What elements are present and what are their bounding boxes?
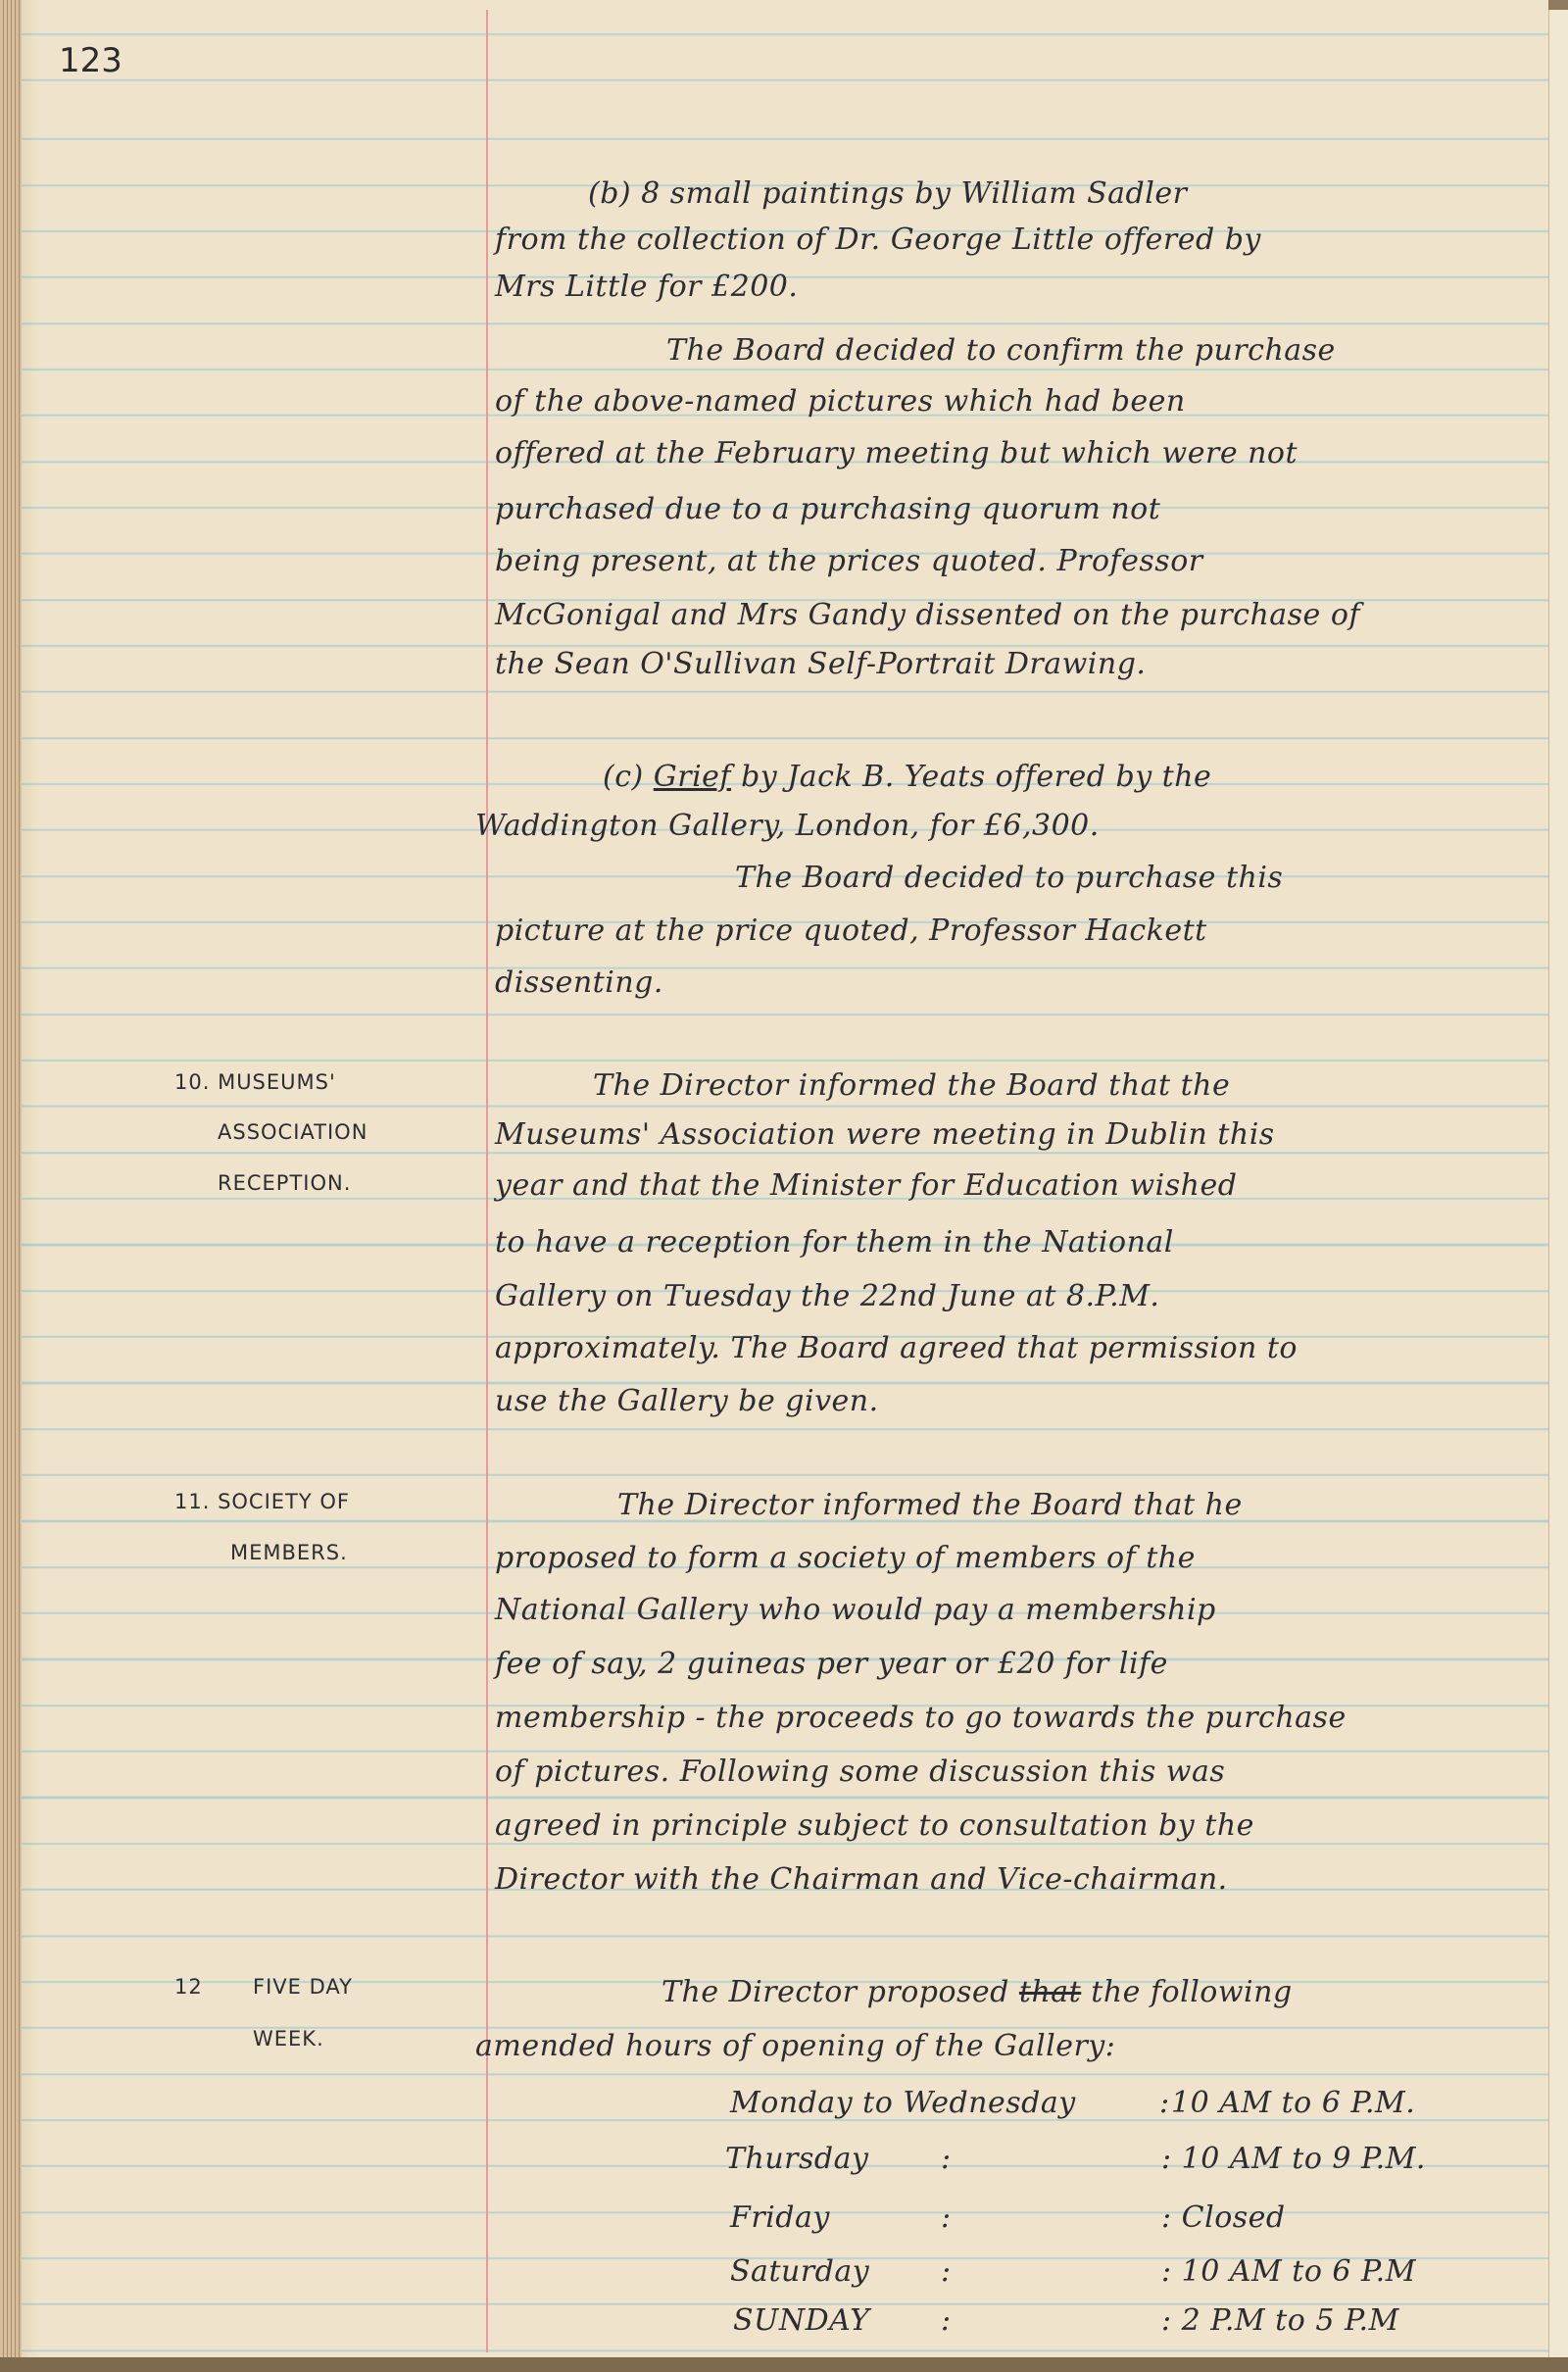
margin-heading: ASSOCIATION	[218, 1120, 367, 1144]
minute-line: picture at the price quoted, Professor H…	[495, 914, 1207, 948]
minute-line: Museums' Association were meeting in Dub…	[495, 1117, 1275, 1152]
schedule-sep: :	[1159, 2086, 1170, 2120]
minute-line: from the collection of Dr. George Little…	[495, 222, 1261, 257]
minute-line: offered at the February meeting but whic…	[495, 436, 1298, 470]
painting-title: Grief	[654, 760, 731, 794]
schedule-sep: :	[941, 2142, 952, 2176]
schedule-day: Friday	[730, 2200, 830, 2235]
schedule-hours: : 10 AM to 9 P.M.	[1161, 2142, 1426, 2176]
margin-heading: MEMBERS.	[230, 1541, 348, 1564]
margin-heading: RECEPTION.	[218, 1171, 351, 1195]
margin-heading: 11. SOCIETY OF	[174, 1490, 350, 1513]
minute-line: of pictures. Following some discussion t…	[495, 1754, 1225, 1789]
minute-line: year and that the Minister for Education…	[495, 1168, 1237, 1203]
minute-line: National Gallery who would pay a members…	[495, 1593, 1216, 1627]
minute-line: Director with the Chairman and Vice-chai…	[495, 1862, 1228, 1897]
schedule-sep: :	[941, 2200, 952, 2235]
book-bottom-edge	[0, 2357, 1568, 2372]
minute-line: The Director informed the Board that the	[593, 1068, 1230, 1103]
minute-line: McGonigal and Mrs Gandy dissented on the…	[495, 598, 1360, 632]
minute-line: (c) Grief by Jack B. Yeats offered by th…	[603, 760, 1211, 794]
item-label: (c)	[603, 760, 644, 794]
minute-line: purchased due to a purchasing quorum not	[495, 492, 1160, 526]
minute-line: amended hours of opening of the Gallery:	[475, 2029, 1115, 2063]
minute-line: Waddington Gallery, London, for £6,300.	[475, 809, 1100, 843]
margin-heading: 10. MUSEUMS'	[174, 1070, 336, 1094]
ledger-page: 123 (b) 8 small paintings by William Sad…	[0, 0, 1548, 2362]
minute-line: The Director proposed that the following	[661, 1975, 1293, 2009]
minute-line: the Sean O'Sullivan Self-Portrait Drawin…	[495, 647, 1146, 681]
minute-line: dissenting.	[495, 965, 663, 1000]
page-number: 123	[59, 41, 122, 80]
minute-line: proposed to form a society of members of…	[495, 1541, 1196, 1575]
struck-word: that	[1019, 1975, 1081, 2009]
schedule-hours: 10 AM to 6 P.M.	[1171, 2086, 1415, 2120]
adjacent-page-edge	[1548, 10, 1568, 2362]
margin-heading: WEEK.	[253, 2027, 324, 2051]
schedule-hours: : Closed	[1161, 2200, 1286, 2235]
minute-line: to have a reception for them in the Nati…	[495, 1225, 1174, 1260]
minute-line: approximately. The Board agreed that per…	[495, 1331, 1298, 1365]
minute-line: membership - the proceeds to go towards …	[495, 1701, 1347, 1735]
schedule-day: SUNDAY	[733, 2303, 869, 2338]
minute-line: The Board decided to confirm the purchas…	[666, 333, 1336, 368]
minute-line: Gallery on Tuesday the 22nd June at 8.P.…	[495, 1279, 1159, 1313]
minute-line: Mrs Little for £200.	[495, 270, 798, 304]
margin-heading: FIVE DAY	[253, 1975, 353, 1999]
page-stack-edges	[0, 0, 22, 2362]
minute-line: being present, at the prices quoted. Pro…	[495, 544, 1203, 578]
schedule-day: Thursday	[725, 2142, 868, 2176]
schedule-hours: : 10 AM to 6 P.M	[1161, 2254, 1416, 2289]
schedule-day: Monday to Wednesday	[730, 2086, 1076, 2120]
minute-line: The Board decided to purchase this	[735, 861, 1283, 895]
minute-line: use the Gallery be given.	[495, 1384, 879, 1418]
minute-text: the following	[1081, 1975, 1292, 2009]
minute-text: by Jack B. Yeats offered by the	[731, 760, 1211, 794]
minute-line: agreed in principle subject to consultat…	[495, 1808, 1254, 1843]
minute-text: The Director proposed	[661, 1975, 1019, 2009]
schedule-sep: :	[941, 2303, 952, 2338]
minute-line: fee of say, 2 guineas per year or £20 fo…	[495, 1647, 1168, 1681]
schedule-hours: : 2 P.M to 5 P.M	[1161, 2303, 1399, 2338]
schedule-sep: :	[941, 2254, 952, 2289]
margin-heading: 12	[174, 1975, 203, 1999]
minute-line: of the above-named pictures which had be…	[495, 384, 1186, 419]
red-margin-line	[486, 10, 488, 2352]
schedule-day: Saturday	[730, 2254, 869, 2289]
minute-line: The Director informed the Board that he	[617, 1488, 1243, 1522]
minute-line: (b) 8 small paintings by William Sadler	[588, 176, 1187, 211]
